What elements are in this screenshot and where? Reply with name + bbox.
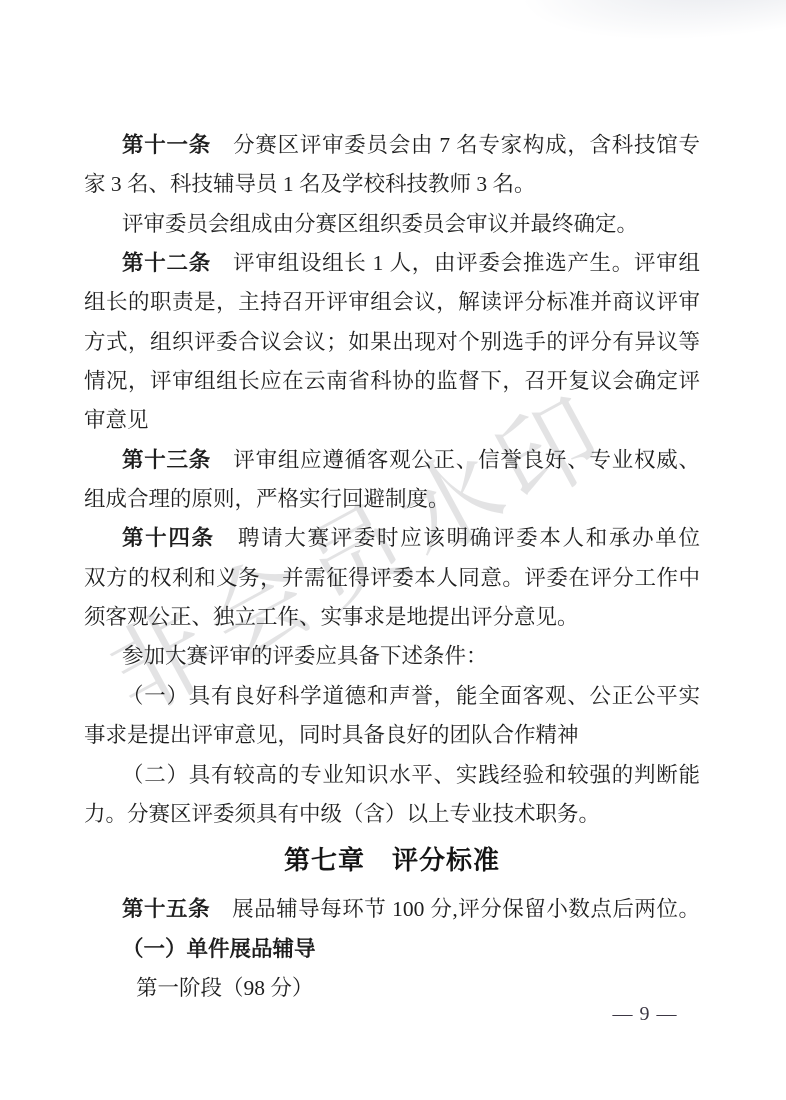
line-text: 分赛区评审委员会由 7 名专家构成，含科技馆专 — [211, 133, 700, 157]
article-number: 第十二条 — [122, 251, 211, 275]
text-line: 组成合理的原则，严格实行回避制度。 — [84, 480, 700, 519]
text-line: 家 3 名、科技辅导员 1 名及学校科技教师 3 名。 — [84, 165, 700, 204]
text-line: 第十四条 聘请大赛评委时应该明确评委本人和承办单位 — [84, 519, 700, 558]
line-text: 评审组应遵循客观公正、信誉良好、专业权威、 — [211, 448, 700, 472]
text-line: 审意见 — [84, 401, 700, 440]
page-number: — 9 — — [590, 1003, 700, 1026]
text-line: 方式，组织评委合议会议；如果出现对个别选手的评分有异议等 — [84, 323, 700, 362]
text-line: 第十三条 评审组应遵循客观公正、信誉良好、专业权威、 — [84, 441, 700, 480]
line-text: （一）具有良好科学道德和声誉，能全面客观、公正公平实 — [122, 684, 700, 708]
text-line: 第十二条 评审组设组长 1 人，由评委会推选产生。评审组 — [84, 244, 700, 283]
line-text: 组长的职责是，主持召开评审组会议，解读评分标准并商议评审 — [84, 290, 700, 314]
text-line: 第十一条 分赛区评审委员会由 7 名专家构成，含科技馆专 — [84, 126, 700, 165]
line-text: 第一阶段（98 分） — [136, 976, 313, 1000]
text-line: 双方的权利和义务，并需征得评委本人同意。评委在评分工作中 — [84, 559, 700, 598]
line-text: 情况，评审组组长应在云南省科协的监督下，召开复议会确定评 — [84, 369, 700, 393]
article-number: 第十四条 — [122, 526, 215, 550]
chapter-heading: 第七章 评分标准 — [84, 840, 700, 880]
line-text: 须客观公正、独立工作、实事求是地提出评分意见。 — [84, 605, 579, 629]
document-page: 非会员水印 第十一条 分赛区评审委员会由 7 名专家构成，含科技馆专 家 3 名… — [0, 0, 786, 1100]
line-text: 展品辅导每环节 100 分,评分保留小数点后两位。 — [210, 897, 700, 921]
line-text: 组成合理的原则，严格实行回避制度。 — [84, 487, 450, 511]
text-line: 力。分赛区评委须具有中级（含）以上专业技术职务。 — [84, 795, 700, 834]
document-body: 第十一条 分赛区评审委员会由 7 名专家构成，含科技馆专 家 3 名、科技辅导员… — [84, 126, 700, 1008]
article-number: 第十五条 — [122, 897, 210, 921]
line-text: 双方的权利和义务，并需征得评委本人同意。评委在评分工作中 — [84, 566, 700, 590]
text-line: 评审委员会组成由分赛区组织委员会审议并最终确定。 — [84, 205, 700, 244]
article-number: 第十三条 — [122, 448, 211, 472]
line-text: 事求是提出评审意见，同时具备良好的团队合作精神 — [84, 723, 579, 747]
scan-smudge — [513, 0, 786, 64]
text-line: 须客观公正、独立工作、实事求是地提出评分意见。 — [84, 598, 700, 637]
text-line: 第十五条 展品辅导每环节 100 分,评分保留小数点后两位。 — [84, 890, 700, 929]
article-number: 第十一条 — [122, 133, 211, 157]
line-text: 家 3 名、科技辅导员 1 名及学校科技教师 3 名。 — [84, 172, 536, 196]
line-text: 审意见 — [84, 408, 149, 432]
text-line: （二）具有较高的专业知识水平、实践经验和较强的判断能 — [84, 756, 700, 795]
line-text: 参加大赛评审的评委应具备下述条件： — [122, 644, 488, 668]
line-text: 聘请大赛评委时应该明确评委本人和承办单位 — [215, 526, 700, 550]
text-line: （一）具有良好科学道德和声誉，能全面客观、公正公平实 — [84, 677, 700, 716]
text-line: 事求是提出评审意见，同时具备良好的团队合作精神 — [84, 716, 700, 755]
text-line: 情况，评审组组长应在云南省科协的监督下，召开复议会确定评 — [84, 362, 700, 401]
line-text: 评审委员会组成由分赛区组织委员会审议并最终确定。 — [122, 212, 638, 236]
list-item-heading: （一）单件展品辅导 — [122, 937, 316, 961]
text-line: 组长的职责是，主持召开评审组会议，解读评分标准并商议评审 — [84, 283, 700, 322]
line-text: （二）具有较高的专业知识水平、实践经验和较强的判断能 — [122, 763, 700, 787]
line-text: 方式，组织评委合议会议；如果出现对个别选手的评分有异议等 — [84, 330, 700, 354]
text-line: （一）单件展品辅导 — [84, 930, 700, 969]
line-text: 评审组设组长 1 人，由评委会推选产生。评审组 — [211, 251, 700, 275]
line-text: 力。分赛区评委须具有中级（含）以上专业技术职务。 — [84, 802, 600, 826]
text-line: 参加大赛评审的评委应具备下述条件： — [84, 637, 700, 676]
